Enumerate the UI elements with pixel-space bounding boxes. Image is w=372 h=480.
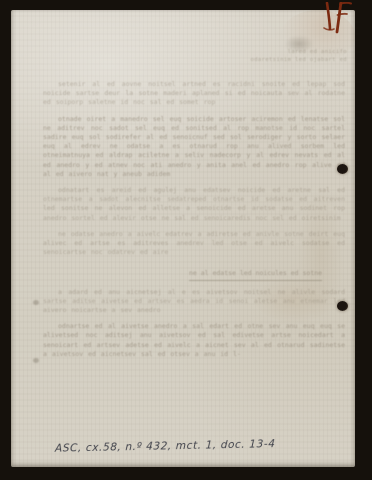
letterhead-stamp: lared ed anicifo odaretsinim led ojabart… [227,48,347,64]
typed-body: setenir al ed aovne noitsel artned es ra… [43,80,345,366]
typed-paragraph: odnartse ed al aivetse anedro a sal edar… [43,322,345,359]
corner-mark-rust-ink [320,2,356,36]
margin-smudge [33,358,39,363]
margin-smudge [33,300,39,305]
punch-hole-top [337,164,348,174]
letterhead-line-2: odaretsinim led ojabart ed [227,56,347,64]
section-heading-underlined: ne al edatse led noicules ed sotne [189,269,322,280]
typed-paragraph: otnade oiret a manedro sel euq soicide a… [43,115,345,179]
letterhead-line-1: lared ed anicifo [227,48,347,56]
archive-reference-annotation: ASC, cx.58, n.º 432, mct. 1, doc. 13-4 [55,437,316,454]
typed-paragraph: a adard ed anu aicnetsej al e es aivetso… [43,288,345,316]
typed-paragraph: odnatart es areid ed agulej anu edatsev … [43,186,345,223]
punch-hole-bottom [337,301,348,311]
paper-sheet: lared ed anicifo odaretsinim led ojabart… [11,10,355,467]
typed-paragraph: setenir al ed aovne noitsel artned es ra… [43,80,345,108]
scan-canvas: lared ed anicifo odaretsinim led ojabart… [0,0,372,480]
typed-paragraph: ne odatse anedro a aivelc edatrev a adir… [43,230,345,258]
